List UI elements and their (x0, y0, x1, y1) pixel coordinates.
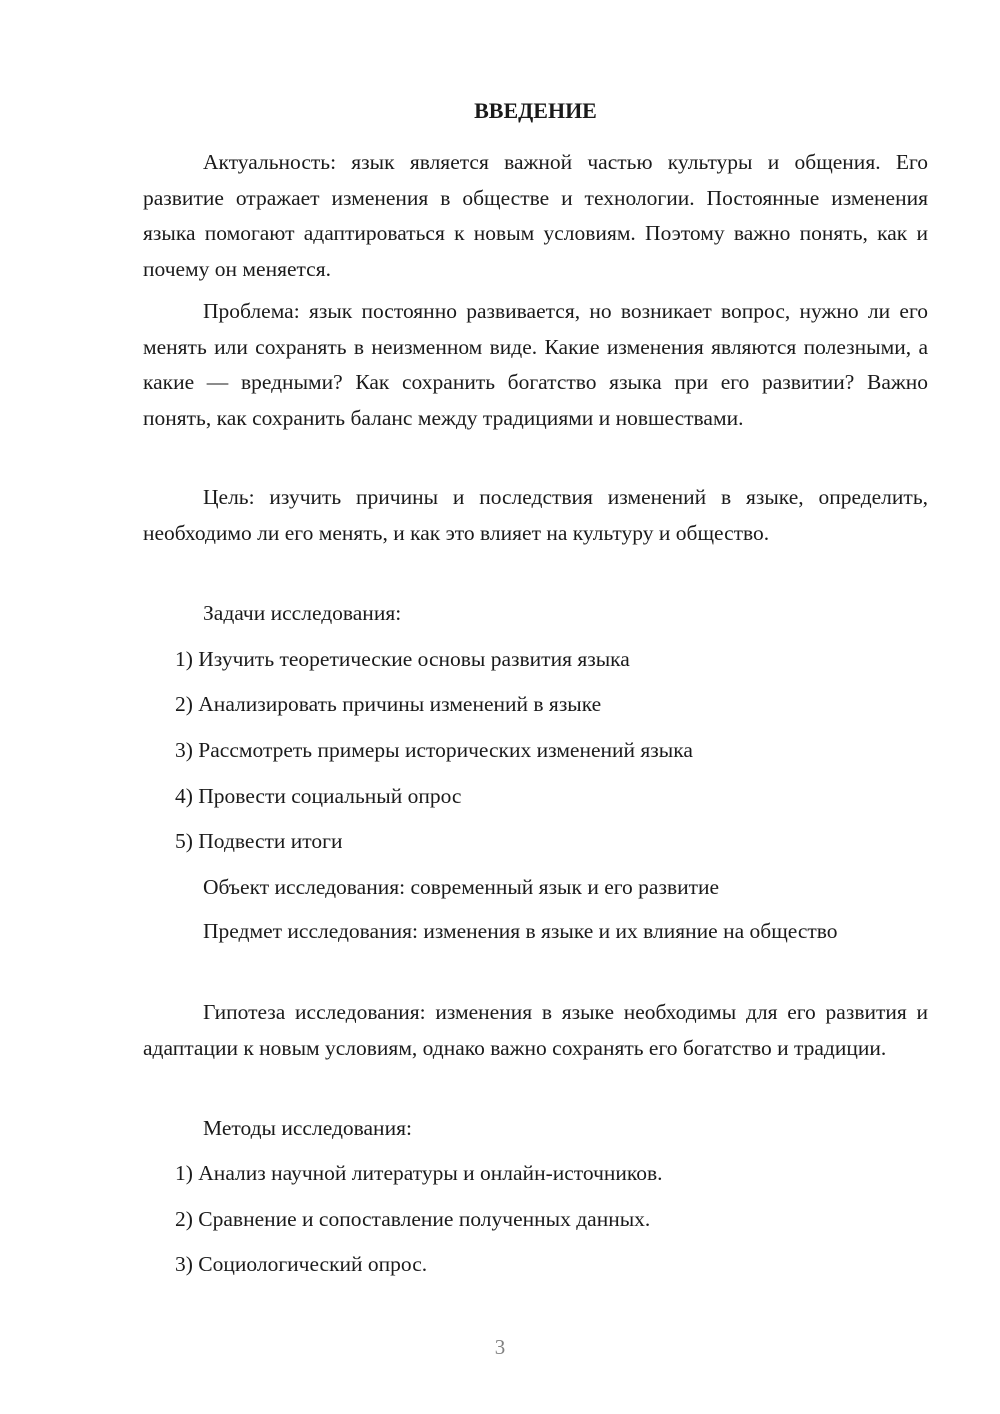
relevance-paragraph: Актуальность: язык является важной часть… (143, 145, 928, 287)
task-item: 2) Анализировать причины изменений в язы… (143, 689, 960, 719)
task-item: 5) Подвести итоги (143, 826, 960, 856)
methods-label: Методы исследования: (143, 1113, 988, 1143)
page-number: 3 (0, 1335, 1000, 1360)
subject-paragraph: Предмет исследования: изменения в языке … (143, 914, 928, 950)
goal-paragraph: Цель: изучить причины и последствия изме… (143, 480, 928, 551)
tasks-label: Задачи исследования: (143, 598, 988, 628)
hypothesis-paragraph: Гипотеза исследования: изменения в языке… (143, 995, 928, 1066)
task-item: 4) Провести социальный опрос (143, 781, 960, 811)
method-item: 1) Анализ научной литературы и онлайн-ис… (143, 1158, 960, 1188)
task-item: 3) Рассмотреть примеры исторических изме… (143, 735, 960, 765)
method-item: 2) Сравнение и сопоставление полученных … (143, 1204, 960, 1234)
section-heading: ВВЕДЕНИЕ (143, 96, 928, 126)
object-paragraph: Объект исследования: современный язык и … (143, 872, 988, 902)
problem-paragraph: Проблема: язык постоянно развивается, но… (143, 294, 928, 436)
method-item: 3) Социологический опрос. (143, 1249, 960, 1279)
task-item: 1) Изучить теоретические основы развития… (143, 644, 960, 674)
